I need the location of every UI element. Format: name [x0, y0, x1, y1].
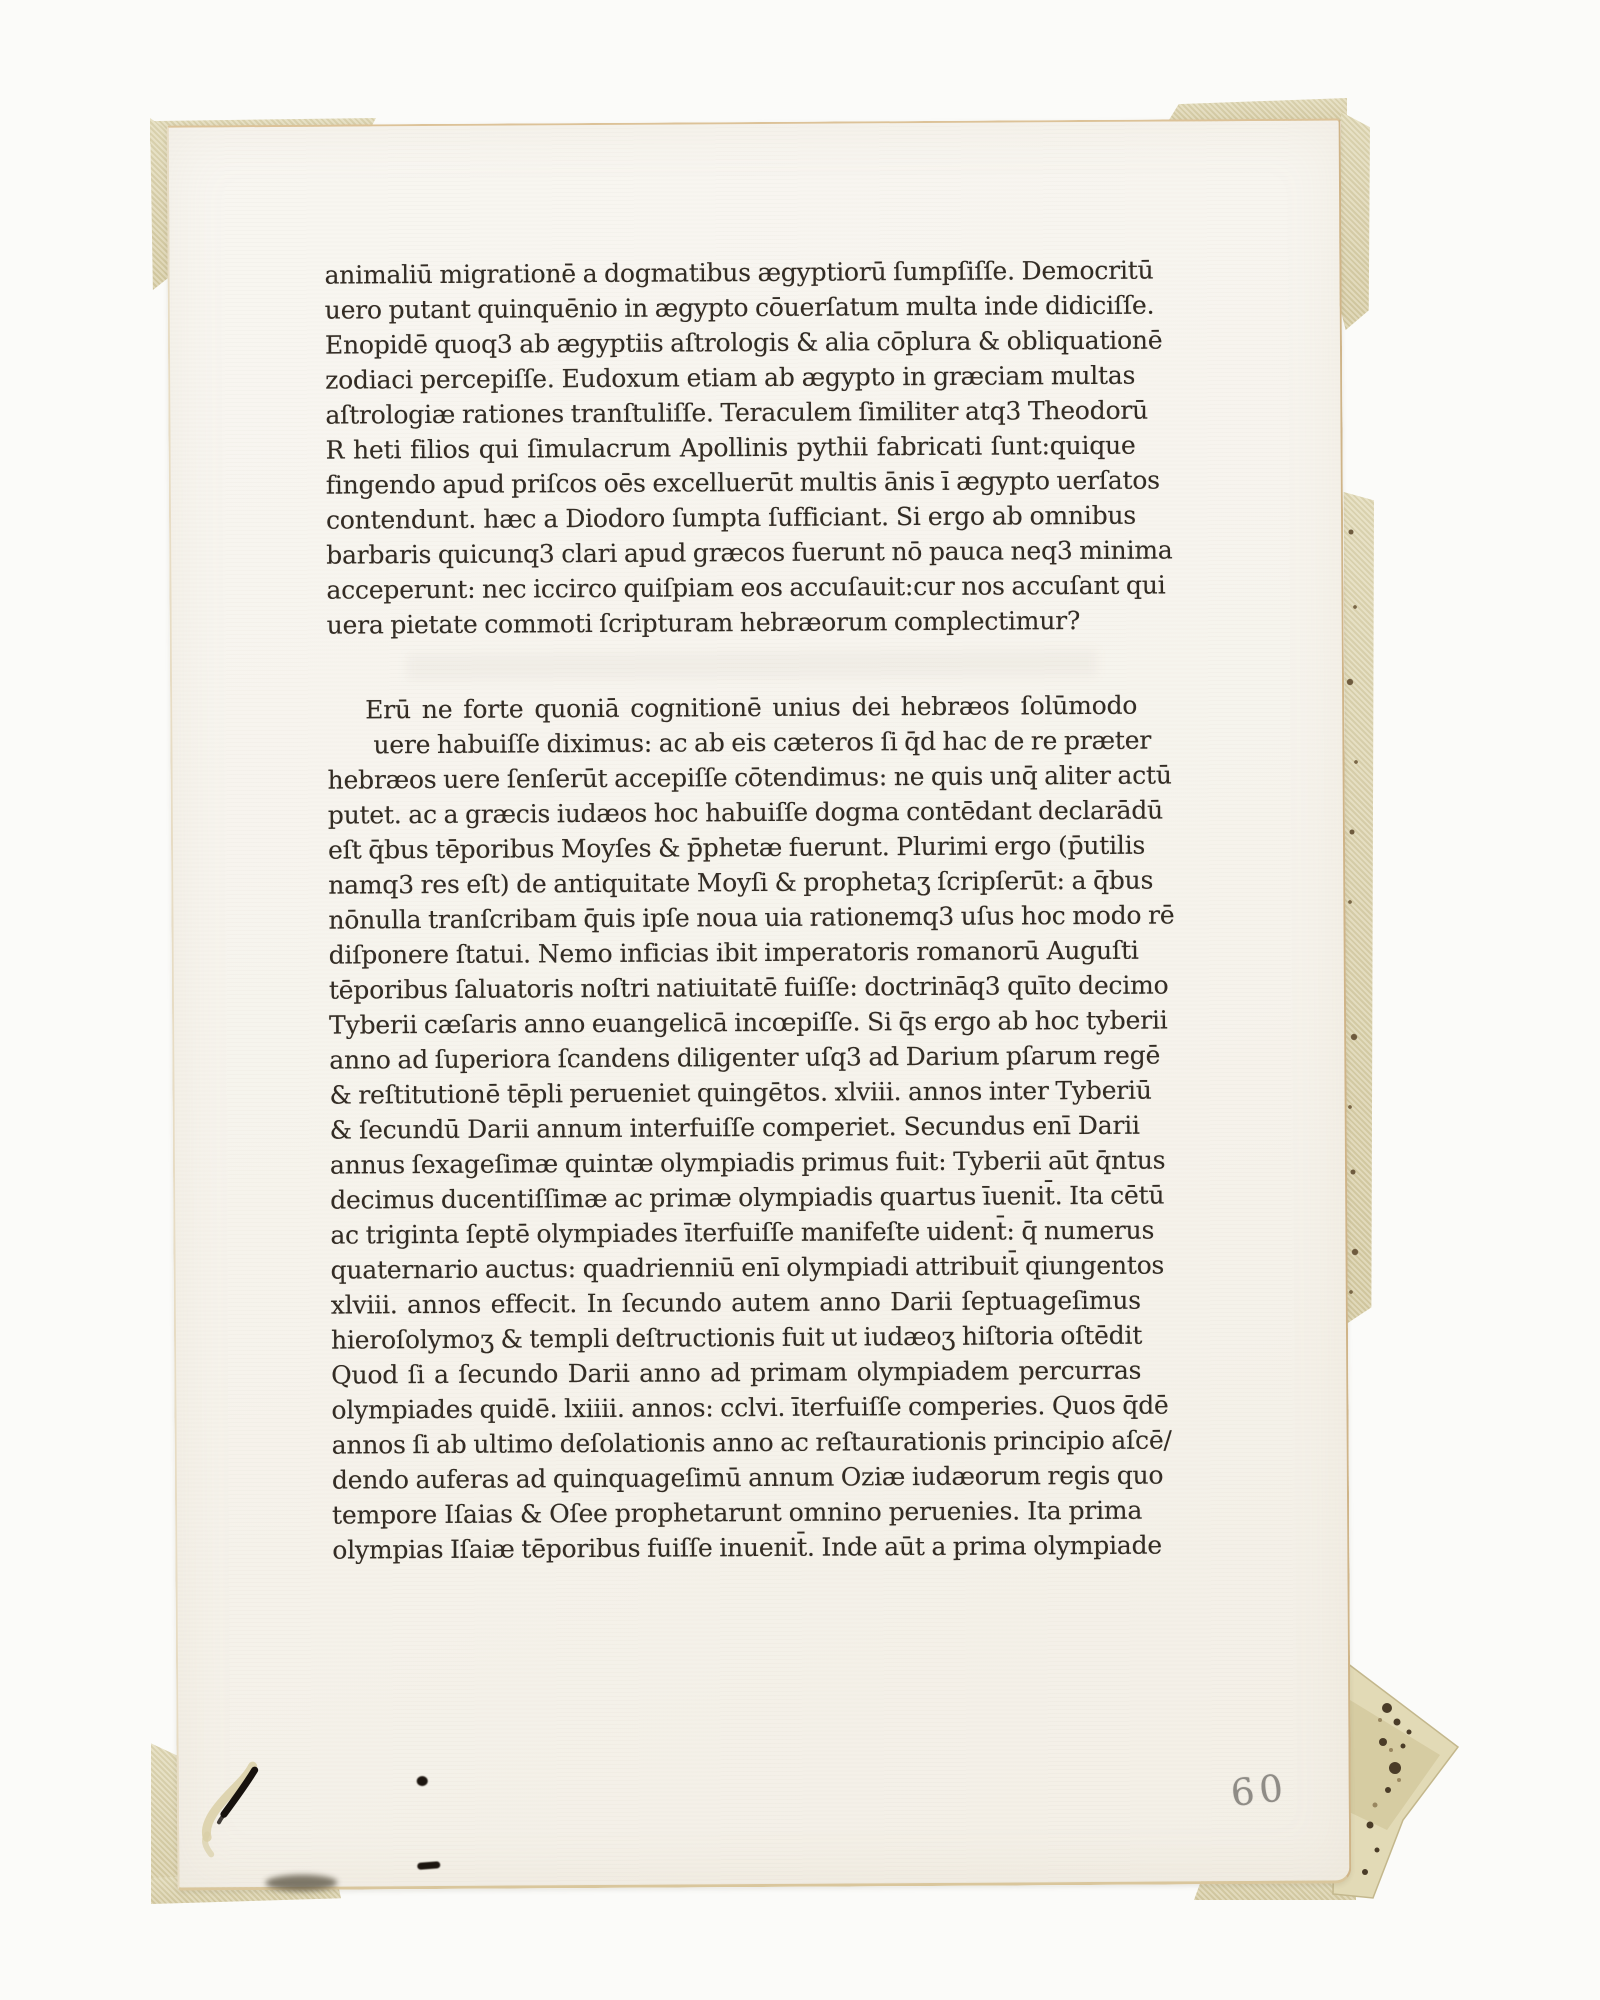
- text-block: animaliū migrationē a dogmatibus ægyptio…: [324, 253, 1142, 1568]
- text-line: decimus ducentiſſimæ ac primæ olympiadis…: [330, 1178, 1140, 1218]
- text-line: ac triginta ſeptē olympiades īterfuiſſe …: [330, 1213, 1140, 1253]
- text-line: annos ſi ab ultimo deſolationis anno ac …: [332, 1423, 1142, 1463]
- text-line: contendunt. hæc a Diodoro ſumpta ſuffici…: [326, 498, 1136, 538]
- text-line: uera pietate commoti ſcripturam hebræoru…: [327, 603, 1137, 643]
- text-line: zodiaci percepiſſe. Eudoxum etiam ab ægy…: [325, 358, 1135, 398]
- text-line: Enopidē quoq3 ab ægyptiis aſtrologis & a…: [325, 323, 1135, 363]
- bottom-edge-smudge: [265, 1875, 337, 1891]
- text-line: olympiades quidē. lxiiii. annos: cclvi. …: [331, 1388, 1141, 1428]
- text-line: hieroſolymoʒ & templi deſtructionis fuit…: [331, 1318, 1141, 1358]
- text-line: Tyberii cæſaris anno euangelicā incœpiſſ…: [329, 1003, 1139, 1043]
- text-line: tēporibus ſaluatoris noſtri natiuitatē f…: [329, 968, 1139, 1008]
- ink-squiggle-mark: [188, 1742, 279, 1873]
- paragraph-2: Erū ne forte quoniā cognitionē unius dei…: [327, 688, 1142, 1568]
- text-line: R heti filios qui ſimulacrum Apollinis p…: [325, 428, 1135, 468]
- text-line: xlviii. annos effecit. In ſecundo autem …: [331, 1283, 1141, 1323]
- text-line: acceperunt: nec iccirco quiſpiam eos acc…: [326, 568, 1136, 608]
- text-line: diſponere ſtatui. Nemo inficias ibit imp…: [329, 933, 1139, 973]
- text-line: uere habuiſſe diximus: ac ab eis cæteros…: [327, 723, 1137, 763]
- text-line: nōnulla tranſcribam q̄uis ipſe noua uia …: [328, 898, 1138, 938]
- ink-dot-mark: [417, 1776, 428, 1786]
- text-line: Quod ſi a ſecundo Darii anno ad primam o…: [331, 1353, 1141, 1393]
- text-line: olympias Iſaiæ tēporibus fuiſſe inuenit̄…: [332, 1528, 1142, 1568]
- text-line: barbaris quicunq3 clari apud græcos fuer…: [326, 533, 1136, 573]
- text-line: tempore Iſaias & Oſee prophetarunt omnin…: [332, 1493, 1142, 1533]
- corner-mount-top-right-vertical: [1338, 112, 1370, 330]
- ink-dash-mark: [417, 1861, 440, 1870]
- text-line: anno ad ſuperiora ſcandens diligenter uſ…: [329, 1038, 1139, 1078]
- text-line: quaternario auctus: quadrienniū enī olym…: [331, 1248, 1141, 1288]
- text-line: & ſecundū Darii annum interfuiſſe comper…: [330, 1108, 1140, 1148]
- text-line: eſt q̄bus tēporibus Moyſes & p̄phetæ fue…: [328, 828, 1138, 868]
- pencil-annotation: 60: [1229, 1766, 1290, 1815]
- text-line: putet. ac a græcis iudæos hoc habuiſſe d…: [328, 793, 1138, 833]
- text-line: dendo auferas ad quinquageſimū annum Ozi…: [332, 1458, 1142, 1498]
- text-line: animaliū migrationē a dogmatibus ægyptio…: [324, 253, 1134, 293]
- incunabula-page: animaliū migrationē a dogmatibus ægyptio…: [167, 118, 1352, 1890]
- text-line: annus ſexageſimæ quintæ olympiadis primu…: [330, 1143, 1140, 1183]
- paragraph-1: animaliū migrationē a dogmatibus ægyptio…: [324, 253, 1136, 643]
- text-line: fingendo apud priſcos oēs excelluerūt mu…: [326, 463, 1136, 503]
- text-line: aſtrologiæ rationes tranſtuliſſe. Teracu…: [325, 393, 1135, 433]
- text-line: Erū ne forte quoniā cognitionē unius dei…: [327, 688, 1137, 728]
- text-line: hebræos uere ſenſerūt accepiſſe cōtendim…: [328, 758, 1138, 798]
- text-line: namq3 res eſt) de antiquitate Moyſi & pr…: [328, 863, 1138, 903]
- text-line: & reſtitutionē tēpli perueniet quingētos…: [329, 1073, 1139, 1113]
- text-line: uero putant quinquēnio in ægypto cōuerſa…: [325, 288, 1135, 328]
